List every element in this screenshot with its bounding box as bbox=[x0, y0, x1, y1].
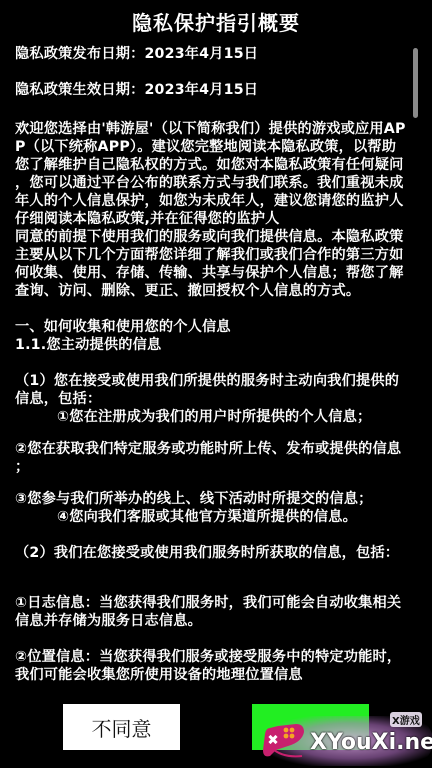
location-info-line: ②位置信息：当您获得我们服务或接受服务中的特定功能时， bbox=[15, 648, 411, 666]
item-4: ④您向我们客服或其他官方渠道所提供的信息。 bbox=[15, 508, 411, 526]
policy-scroll-area[interactable]: 隐私政策发布日期：2023年4月15日 隐私政策生效日期：2023年4月15日 … bbox=[15, 42, 411, 692]
part-1-line: （1）您在接受或使用我们所提供的服务时主动向我们提供的 bbox=[15, 372, 411, 390]
disagree-button[interactable]: 不同意 bbox=[63, 704, 180, 750]
log-info-line: ①日志信息：当您获得我们服务时，我们可能会自动收集相关 bbox=[15, 594, 411, 612]
intro-paragraph: 欢迎您选择由'韩游屋'（以下简称我们）提供的游戏或应用AP P（以下统称APP）… bbox=[15, 120, 411, 300]
intro-line: 主要从以下几个方面帮您详细了解我们或我们合作的第三方如 bbox=[15, 246, 411, 264]
location-info-line: 我们可能会收集您所使用设备的地理位置信息 bbox=[15, 666, 411, 684]
dialog-title: 隐私保护指引概要 bbox=[0, 9, 432, 37]
part-2: （2）我们在您接受或使用我们服务时所获取的信息，包括： bbox=[15, 544, 411, 562]
intro-line: 同意的前提下使用我们的服务或向我们提供信息。本隐私政策 bbox=[15, 228, 411, 246]
watermark-sub: X游戏 bbox=[390, 712, 422, 727]
publish-date: 隐私政策发布日期：2023年4月15日 bbox=[15, 42, 411, 66]
item-1: ①您在注册成为我们的用户时所提供的个人信息； bbox=[15, 408, 411, 426]
intro-line: 欢迎您选择由'韩游屋'（以下简称我们）提供的游戏或应用AP bbox=[15, 120, 411, 138]
intro-line: 年人的个人信息保护，如您为未成年人，建议您请您的监护人 bbox=[15, 192, 411, 210]
item-3: ③您参与我们所举办的线上、线下活动时所提交的信息； bbox=[15, 490, 411, 508]
section-1-1-heading: 1.1.您主动提供的信息 bbox=[15, 336, 411, 354]
watermark-brand: XYouXi.net bbox=[310, 730, 432, 755]
section-1-heading: 一、如何收集和使用您的个人信息 bbox=[15, 318, 411, 336]
log-info-line: 信息并存储为服务日志信息。 bbox=[15, 612, 411, 630]
item-2-line: ； bbox=[15, 458, 411, 476]
part-1-line: 信息，包括： bbox=[15, 390, 411, 408]
intro-line: 何收集、使用、存储、传输、共享与保护个人信息；帮您了解 bbox=[15, 264, 411, 282]
site-watermark: X游戏 XYouXi.net bbox=[258, 708, 432, 766]
intro-line: 仔细阅读本隐私政策,并在征得您的监护人 bbox=[15, 210, 411, 228]
policy-content: 隐私政策发布日期：2023年4月15日 隐私政策生效日期：2023年4月15日 … bbox=[15, 42, 411, 692]
intro-line: 查询、访问、删除、更正、撤回授权个人信息的方式。 bbox=[15, 282, 411, 300]
item-2-line: ②您在获取我们特定服务或功能时所上传、发布或提供的信息 bbox=[15, 440, 411, 458]
effective-date: 隐私政策生效日期：2023年4月15日 bbox=[15, 78, 411, 102]
intro-line: 您了解维护自己隐私权的方式。如您对本隐私政策有任何疑问 bbox=[15, 156, 411, 174]
intro-line: ，您可以通过平台公布的联系方式与我们联系。我们重视未成 bbox=[15, 174, 411, 192]
intro-line: P（以下统称APP）。建议您完整地阅读本隐私政策，以帮助 bbox=[15, 138, 411, 156]
gamepad-icon bbox=[262, 718, 306, 760]
scrollbar-thumb[interactable] bbox=[413, 48, 418, 118]
